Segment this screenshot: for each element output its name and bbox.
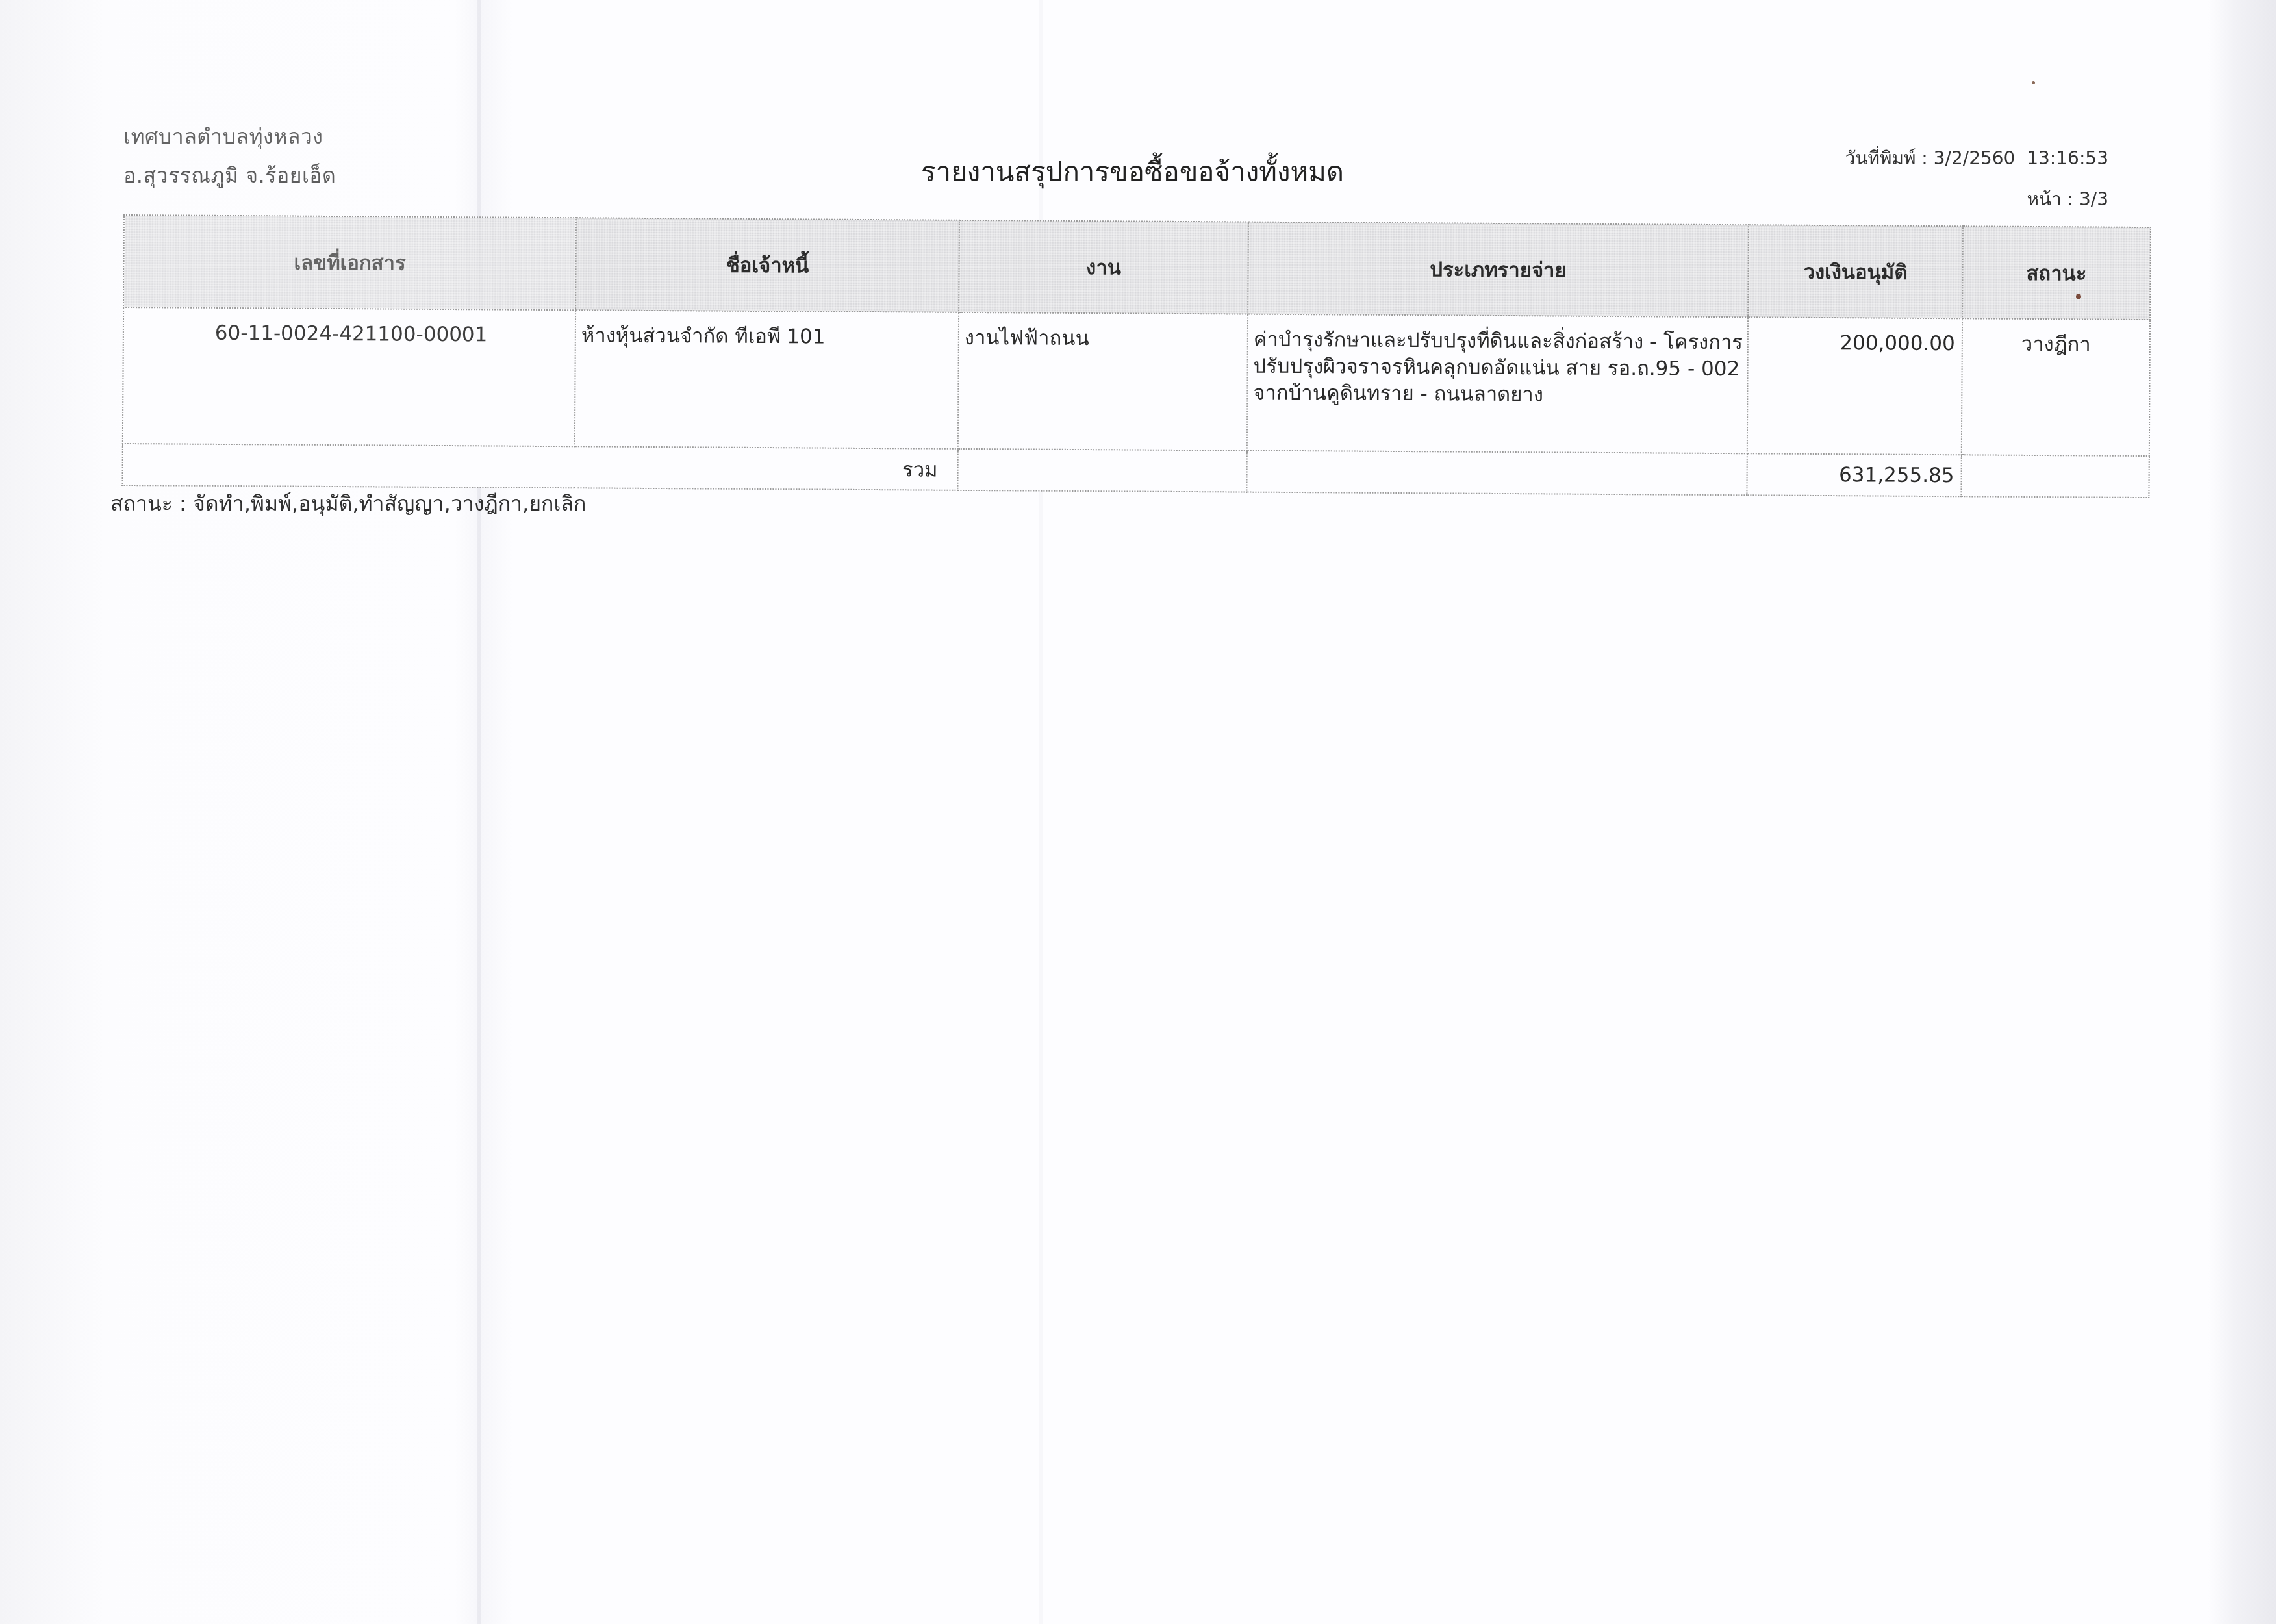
page-label: หน้า : <box>2027 188 2073 210</box>
table-row: 60-11-0024-421100-00001 ห้างหุ้นส่วนจำกั… <box>123 307 2150 456</box>
column-header-expense-type: ประเภทรายจ่าย <box>1248 222 1749 318</box>
print-time-value: 13:16:53 <box>2027 147 2108 169</box>
cell-work: งานไฟฟ้าถนน <box>958 312 1248 451</box>
cell-status: วางฎีกา <box>1962 318 2150 456</box>
total-label: รวม <box>122 444 957 490</box>
total-empty-cell <box>1961 455 2149 498</box>
total-empty-cell <box>1246 451 1747 496</box>
report-title: รายงานสรุปการขอซื้อขอจ้างทั้งหมด <box>921 151 1344 194</box>
print-date-value: 3/2/2560 <box>1934 147 2016 169</box>
organization-location: อ.สุวรรณภูมิ จ.ร้อยเอ็ด <box>123 159 336 192</box>
cell-doc-no: 60-11-0024-421100-00001 <box>123 307 575 446</box>
status-legend: สถานะ : จัดทำ,พิมพ์,อนุมัติ,ทำสัญญา,วางฎ… <box>110 487 586 520</box>
scan-speck <box>2076 294 2081 299</box>
procurement-summary-table: เลขที่เอกสาร ชื่อเจ้าหนี้ งาน ประเภทรายจ… <box>121 214 2151 498</box>
page-number: หน้า : 3/3 <box>2027 185 2108 214</box>
scan-speck <box>2032 81 2035 84</box>
cell-approved-amount: 200,000.00 <box>1747 317 1962 455</box>
organization-name: เทศบาลตำบลทุ่งหลวง <box>123 120 323 153</box>
cell-expense-type: ค่าบำรุงรักษาและปรับปรุงที่ดินและสิ่งก่อ… <box>1247 314 1748 454</box>
column-header-approved-amount: วงเงินอนุมัติ <box>1748 225 1963 318</box>
column-header-work: งาน <box>959 220 1248 314</box>
cell-creditor: ห้างหุ้นส่วนจำกัด ทีเอพี 101 <box>575 310 959 449</box>
page-value: 3/3 <box>2079 188 2108 210</box>
column-header-status: สถานะ <box>1962 226 2151 320</box>
column-header-creditor: ชื่อเจ้าหนี้ <box>575 218 959 312</box>
total-approved-amount: 631,255.85 <box>1747 453 1961 496</box>
total-empty-cell <box>957 449 1246 492</box>
print-date: วันที่พิมพ์ : 3/2/2560 13:16:53 <box>1845 144 2108 173</box>
column-header-doc-no: เลขที่เอกสาร <box>123 215 576 310</box>
print-date-label: วันที่พิมพ์ : <box>1845 147 1928 169</box>
scanned-page: เทศบาลตำบลทุ่งหลวง อ.สุวรรณภูมิ จ.ร้อยเอ… <box>0 0 2276 1624</box>
table-header-row: เลขที่เอกสาร ชื่อเจ้าหนี้ งาน ประเภทรายจ… <box>123 215 2151 320</box>
